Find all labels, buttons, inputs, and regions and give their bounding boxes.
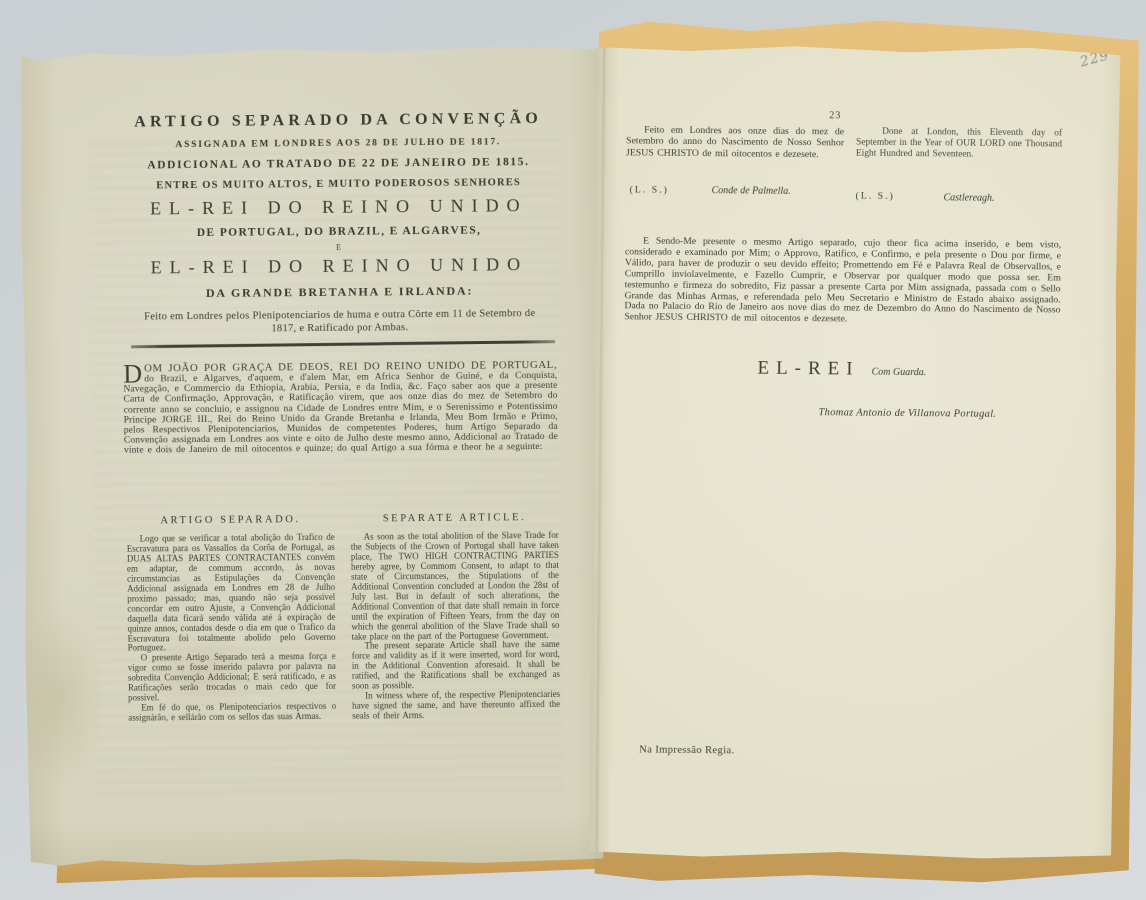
english-paragraph-1: As soon as the total abolition of the Sl… (351, 531, 560, 642)
photo-scene: ARTIGO SEPARADO DA CONVENÇÃO ASSIGNADA E… (0, 0, 1146, 900)
portuguese-column-heading: ARTIGO SEPARADO. (127, 514, 335, 527)
printer-imprint: Na Impressão Regia. (639, 744, 734, 756)
english-column: SEPARATE ARTICLE. As soon as the total a… (351, 512, 561, 722)
document-title-block: ARTIGO SEPARADO DA CONVENÇÃO ASSIGNADA E… (115, 110, 563, 337)
dropcap-letter: D (123, 363, 144, 384)
title-line-7: E (116, 241, 562, 254)
com-guarda-note: Com Guarda. (872, 367, 927, 379)
title-line-1: ARTIGO SEPARADO DA CONVENÇÃO (115, 110, 561, 132)
royal-preamble-paragraph: DOM JOÃO POR GRAÇA DE DEOS, REI DO REINO… (123, 360, 558, 456)
dated-clause-english: Done at London, this Eleventh day of Sep… (856, 127, 1062, 163)
right-page: 229 23 Feito em Londres aos onze dias do… (586, 42, 1122, 862)
title-line-8: EL-REI DO REINO UNIDO (116, 254, 562, 279)
english-paragraph-3: In witness where of, the respective Plen… (352, 690, 560, 722)
paper-stain (15, 608, 107, 789)
portuguese-paragraph-3: Em fé do que, os Plenipotenciarios respe… (128, 702, 336, 724)
seal-mark-right: (L. S.) (855, 191, 894, 202)
dated-clause-columns: Feito em Londres aos onze dias do mez de… (626, 124, 1062, 162)
royal-signature-line: EL-REI Com Guarda. (624, 356, 1060, 382)
ratification-paragraph: E Sendo-Me presente o mesmo Artigo separ… (624, 236, 1061, 327)
page-number: 23 (829, 110, 841, 121)
signature-palmella: Conde de Palmella. (712, 185, 791, 197)
signature-row: (L. S.) Conde de Palmella. (L. S.) Castl… (625, 184, 1061, 204)
title-line-2: ASSIGNADA EM LONDRES AOS 28 DE JULHO DE … (115, 137, 561, 151)
english-paragraph-2: The present separate Article shall have … (352, 640, 560, 692)
two-column-article-block: ARTIGO SEPARADO. Logo que se verificar a… (127, 512, 561, 724)
title-line-6: DE PORTUGAL, DO BRAZIL, E ALGARVES, (116, 224, 562, 240)
title-subtitle: Feito em Londres pelos Plenipotenciarios… (117, 308, 563, 337)
countersignature: Thomaz Antonio de Villanova Portugal. (818, 407, 996, 420)
title-line-4: ENTRE OS MUITO ALTOS, E MUITO PODEROSOS … (116, 177, 562, 192)
signature-castlereagh: Castlereagh. (943, 192, 994, 203)
title-line-3: ADDICIONAL AO TRATADO DE 22 DE JANEIRO D… (115, 156, 561, 172)
portuguese-paragraph-2: O presente Artigo Separado terá a mesma … (128, 652, 336, 704)
seal-mark-left: (L. S.) (630, 184, 669, 195)
heading-divider-rule (131, 340, 555, 348)
dated-clause-portuguese: Feito em Londres aos onze dias do mez de… (626, 124, 844, 160)
portuguese-paragraph-1: Logo que se verificar a total abolição d… (127, 533, 336, 654)
english-column-heading: SEPARATE ARTICLE. (351, 512, 559, 525)
el-rei-signature: EL-REI (757, 358, 859, 380)
title-line-5: EL-REI DO REINO UNIDO (116, 195, 562, 220)
left-page: ARTIGO SEPARADO DA CONVENÇÃO ASSIGNADA E… (18, 43, 605, 868)
title-line-9: DA GRANDE BRETANHA E IRLANDA: (117, 283, 563, 302)
portuguese-column: ARTIGO SEPARADO. Logo que se verificar a… (127, 514, 337, 724)
preamble-body-text: do Brazil, e Algarves, d'aquem, e d'alem… (123, 370, 558, 456)
